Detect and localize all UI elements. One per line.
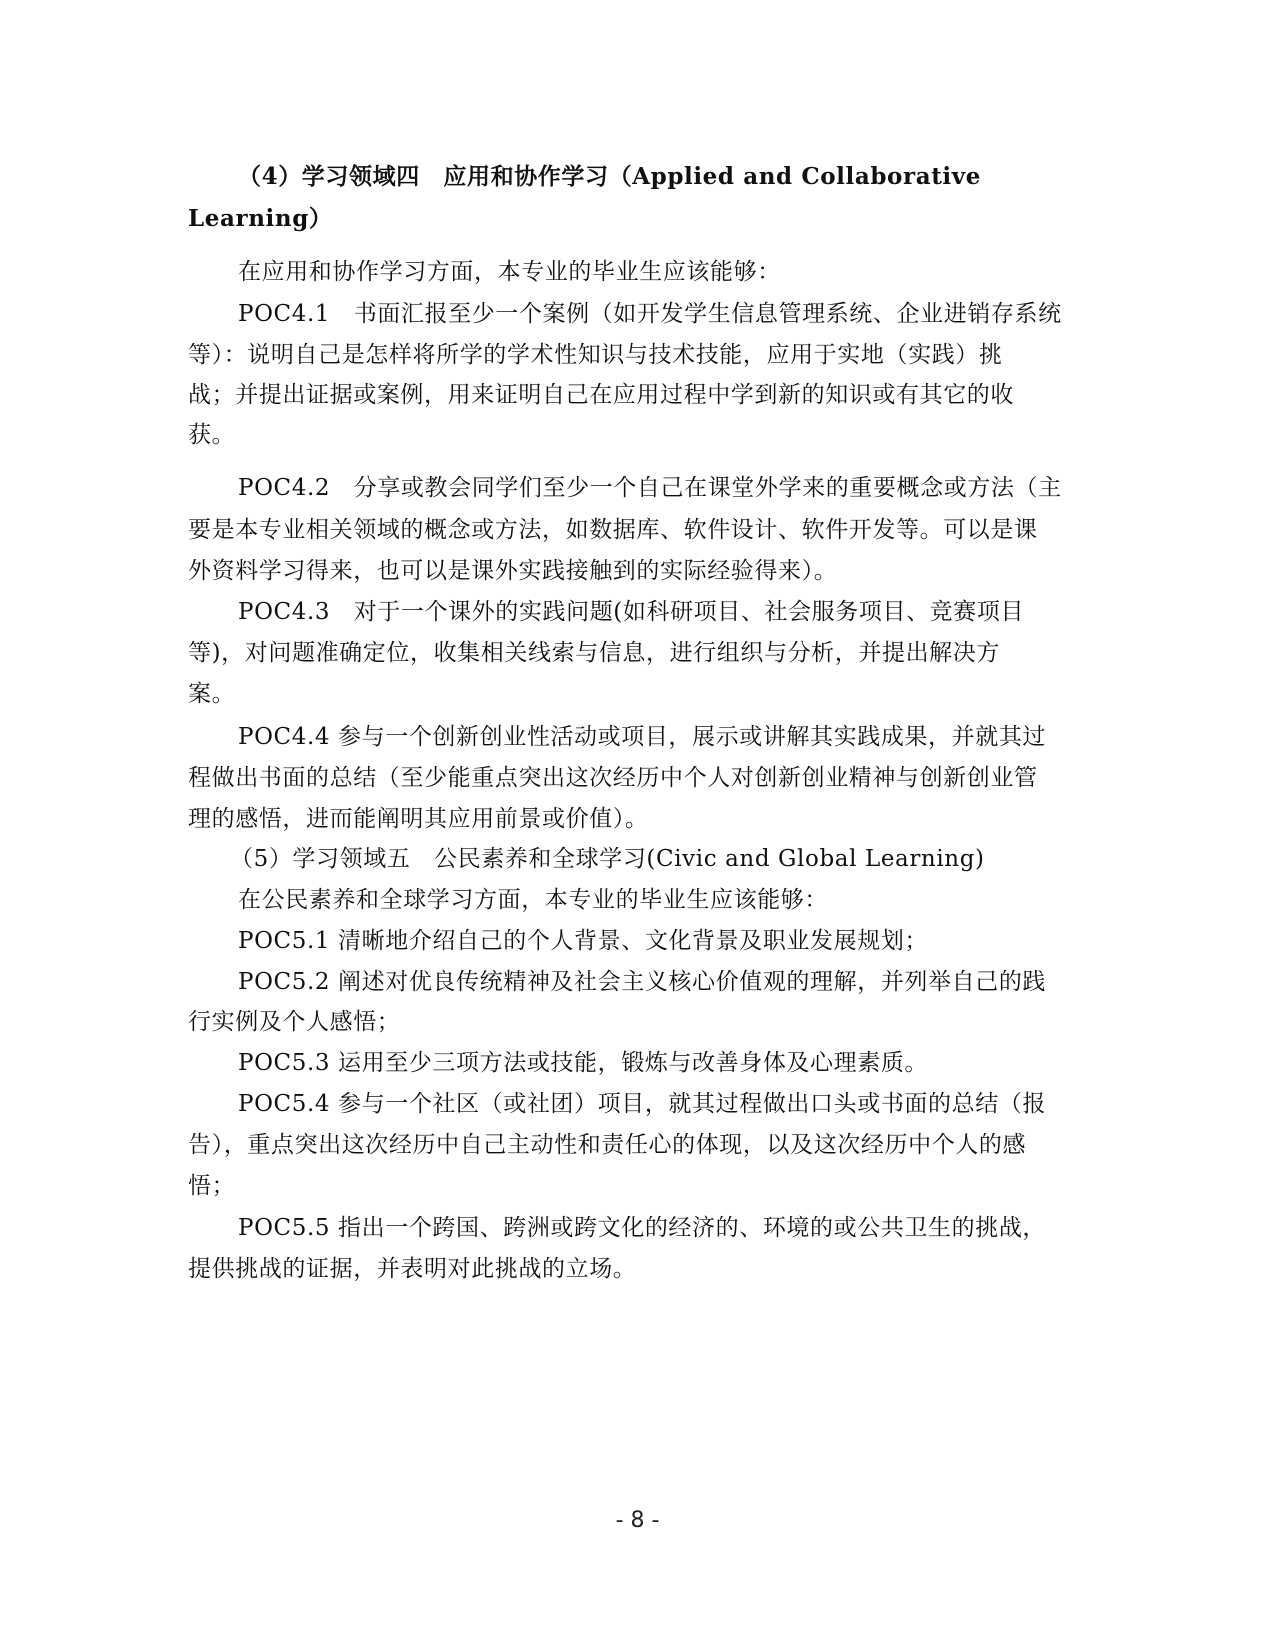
poc4-4-line-1: POC4.4 参与一个创新创业性活动或项目，展示或讲解其实践成果，并就其过 — [238, 722, 1046, 752]
poc5-5-line-2: 提供挑战的证据，并表明对此挑战的立场。 — [188, 1254, 636, 1284]
poc4-3-line-1: POC4.3 对于一个课外的实践问题(如科研项目、社会服务项目、竞赛项目 — [238, 597, 1024, 627]
section-4-intro: 在应用和协作学习方面，本专业的毕业生应该能够： — [238, 257, 781, 287]
poc5-2-line-1: POC5.2 阐述对优良传统精神及社会主义核心价值观的理解，并列举自己的践 — [238, 967, 1046, 997]
page-number: - 8 - — [0, 1508, 1275, 1533]
poc4-1-line-3: 战；并提出证据或案例，用来证明自己在应用过程中学到新的知识或有其它的收 — [188, 380, 1014, 410]
section-4-heading-continued: Learning） — [188, 204, 333, 234]
poc4-1-line-2: 等）：说明自己是怎样将所学的学术性知识与技术技能，应用于实地（实践）挑 — [188, 340, 1003, 370]
poc5-5-line-1: POC5.5 指出一个跨国、跨洲或跨文化的经济的、环境的或公共卫生的挑战， — [238, 1213, 1046, 1243]
section-4-heading: （4）学习领域四 应用和协作学习（Applied and Collaborati… — [238, 162, 981, 192]
poc4-3-line-3: 案。 — [188, 679, 235, 709]
section-5-intro: 在公民素养和全球学习方面，本专业的毕业生应该能够： — [238, 885, 828, 915]
section-5-heading: （5）学习领域五 公民素养和全球学习(Civic and Global Lear… — [230, 844, 985, 874]
poc4-2-line-2: 要是本专业相关领域的概念或方法，如数据库、软件设计、软件开发等。可以是课 — [188, 515, 1038, 545]
poc5-4-line-2: 告），重点突出这次经历中自己主动性和责任心的体现，以及这次经历中个人的感 — [188, 1130, 1026, 1160]
document-page: （4）学习领域四 应用和协作学习（Applied and Collaborati… — [0, 0, 1275, 1650]
poc4-1-line-1: POC4.1 书面汇报至少一个案例（如开发学生信息管理系统、企业进销存系统 — [238, 299, 1062, 329]
poc4-1-line-4: 获。 — [188, 420, 235, 450]
poc4-3-line-2: 等)，对问题准确定位，收集相关线索与信息，进行组织与分析，并提出解决方 — [188, 638, 1000, 668]
poc5-4-line-1: POC5.4 参与一个社区（或社团）项目，就其过程做出口头或书面的总结（报 — [238, 1089, 1046, 1119]
poc5-1-line-1: POC5.1 清晰地介绍自己的个人背景、文化背景及职业发展规划； — [238, 926, 928, 956]
poc4-4-line-3: 理的感悟，进而能阐明其应用前景或价值）。 — [188, 804, 649, 834]
poc4-2-line-1: POC4.2 分享或教会同学们至少一个自己在课堂外学来的重要概念或方法（主 — [238, 473, 1062, 503]
poc5-4-line-3: 悟； — [188, 1171, 235, 1201]
poc5-2-line-2: 行实例及个人感悟； — [188, 1007, 400, 1037]
poc5-3-line-1: POC5.3 运用至少三项方法或技能，锻炼与改善身体及心理素质。 — [238, 1048, 928, 1078]
poc4-2-line-3: 外资料学习得来，也可以是课外实践接触到的实际经验得来）。 — [188, 556, 837, 586]
poc4-4-line-2: 程做出书面的总结（至少能重点突出这次经历中个人对创新创业精神与创新创业管 — [188, 763, 1038, 793]
